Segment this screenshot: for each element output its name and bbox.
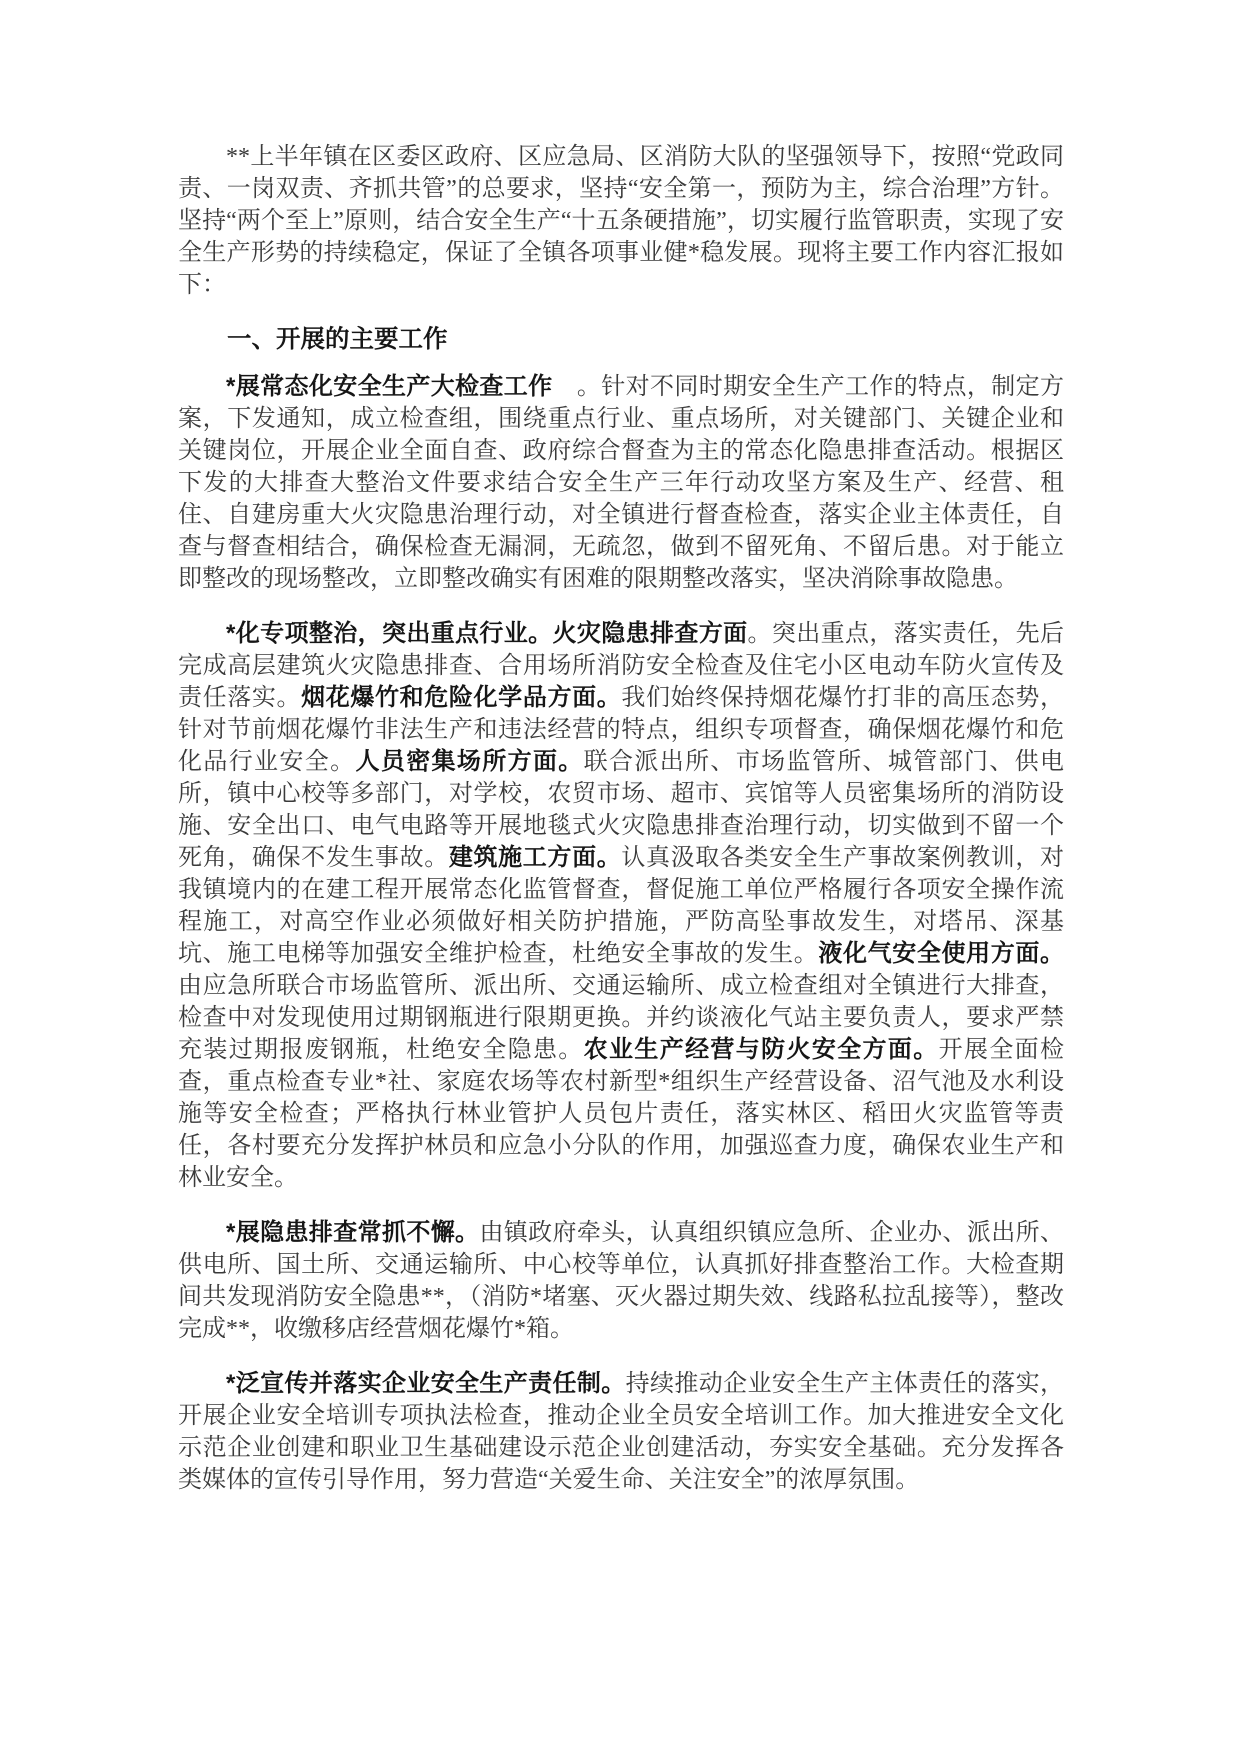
- text-run: **上半年镇在区委区政府、区应急局、区消防大队的坚强领导下，按照“党政同责、一岗…: [178, 144, 1064, 298]
- emphasis-run: *泛宣传并落实企业安全生产责任制。: [226, 1370, 626, 1397]
- paragraph-hidden-danger-screening: *展隐患排查常抓不懈。由镇政府牵头，认真组织镇应急所、企业办、派出所、供电所、国…: [178, 1217, 1064, 1345]
- emphasis-run: 农业生产经营与防火安全方面。: [584, 1036, 939, 1063]
- text-run: 。针对不同时期安全生产工作的特点，制定方案，下发通知，成立检查组，围绕重点行业、…: [178, 374, 1064, 592]
- document-page: **上半年镇在区委区政府、区应急局、区消防大队的坚强领导下，按照“党政同责、一岗…: [0, 0, 1240, 1754]
- intro-paragraph: **上半年镇在区委区政府、区应急局、区消防大队的坚强领导下，按照“党政同责、一岗…: [178, 141, 1064, 301]
- emphasis-run: 液化气安全使用方面。: [818, 940, 1064, 967]
- emphasis-run: 一、开展的主要工作: [227, 326, 448, 353]
- emphasis-run: *展常态化安全生产大检查工作: [226, 373, 553, 400]
- emphasis-run: 建筑施工方面。: [449, 844, 621, 871]
- emphasis-run: *展隐患排查常抓不懈。: [226, 1219, 479, 1246]
- emphasis-run: 烟花爆竹和危险化学品方面。: [301, 684, 621, 711]
- section-one-heading: 一、开展的主要工作: [178, 324, 1064, 356]
- document-content: **上半年镇在区委区政府、区应急局、区消防大队的坚强领导下，按照“党政同责、一岗…: [178, 141, 1064, 1496]
- emphasis-run: 人员密集场所方面。: [355, 748, 583, 775]
- paragraph-special-rectification: *化专项整治，突出重点行业。火灾隐患排查方面。突出重点，落实责任，先后完成高层建…: [178, 618, 1064, 1194]
- paragraph-routine-inspection: *展常态化安全生产大检查工作 。针对不同时期安全生产工作的特点，制定方案，下发通…: [178, 371, 1064, 595]
- emphasis-run: *化专项整治，突出重点行业。火灾隐患排查方面: [226, 620, 748, 647]
- paragraph-publicity-responsibility: *泛宣传并落实企业安全生产责任制。持续推动企业安全生产主体责任的落实，开展企业安…: [178, 1368, 1064, 1496]
